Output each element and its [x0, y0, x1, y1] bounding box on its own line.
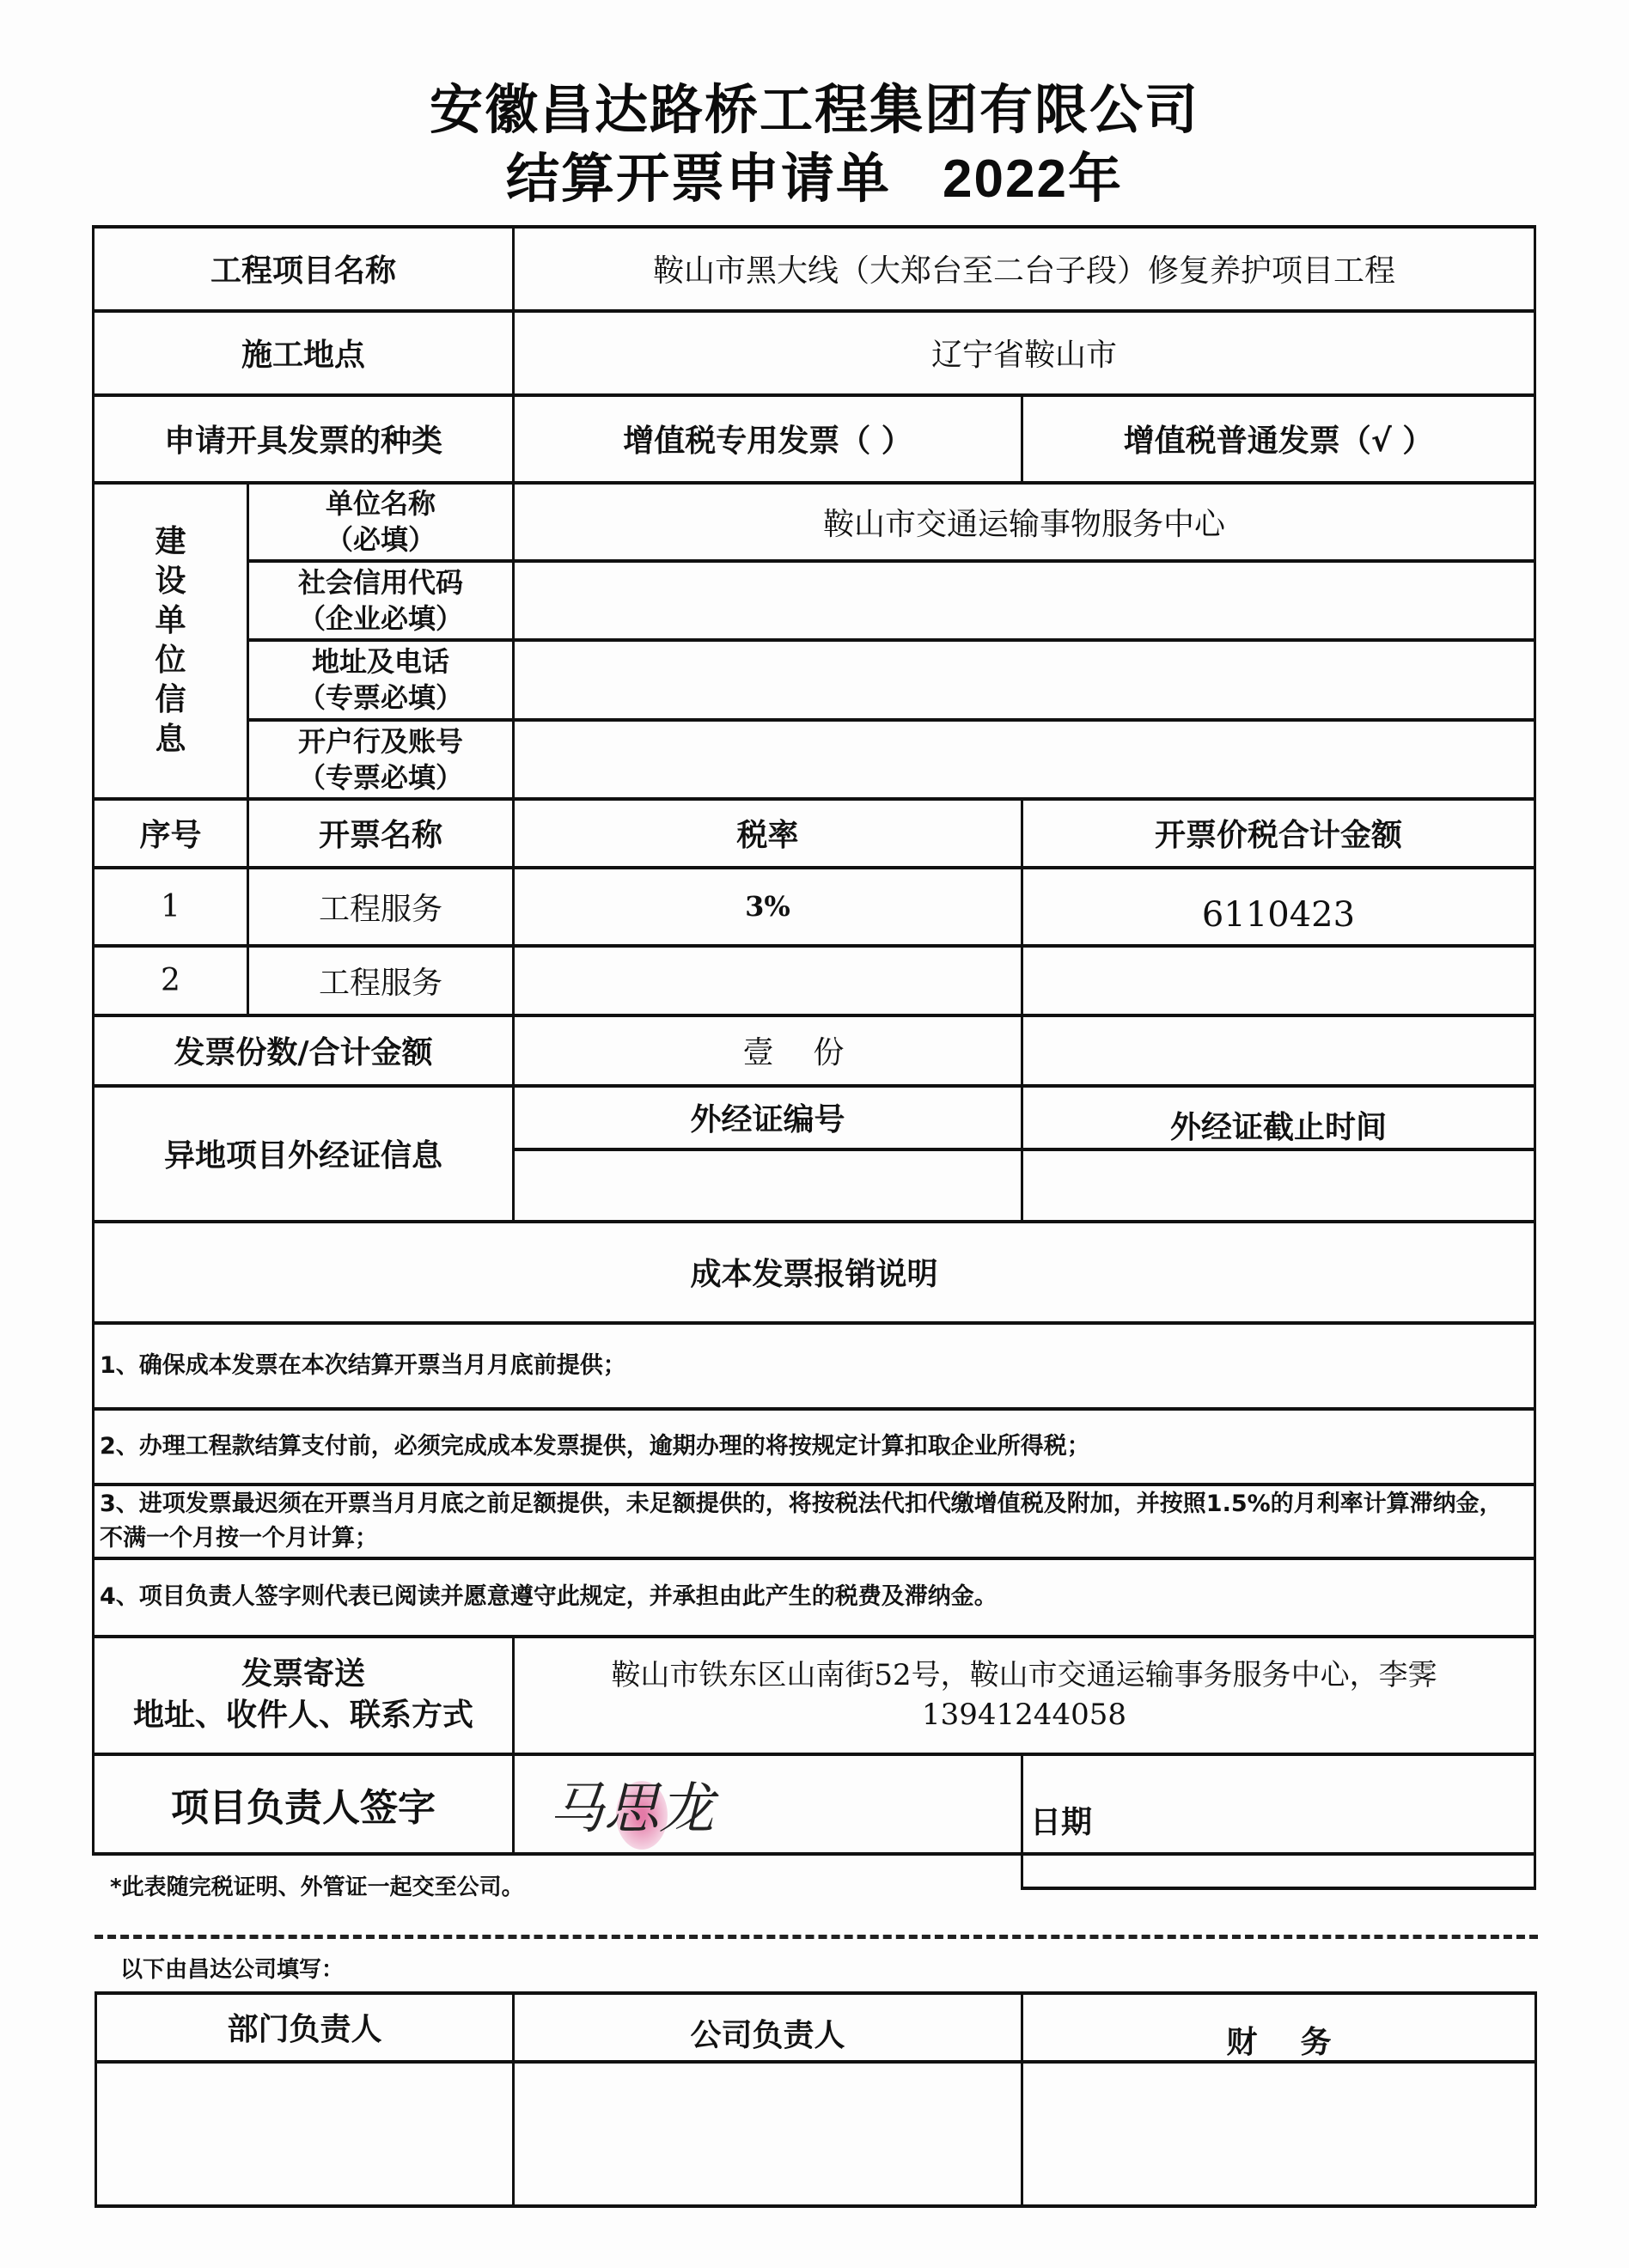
item-row-2-no: 2 [95, 947, 247, 1014]
company-fill-intro: 以下由昌达公司填写： [120, 1952, 344, 1984]
invoice-type-special-option[interactable]: 增值税专用发票（ ） [515, 396, 1021, 481]
group-char: 信 [155, 680, 186, 720]
unit-name-label: 单位名称 （必填） [249, 484, 512, 559]
delivery-label-line1: 发票寄送 [241, 1654, 365, 1695]
project-name-label: 工程项目名称 [95, 228, 512, 309]
group-char: 单 [155, 601, 186, 641]
col-header-invoice-name: 开票名称 [249, 800, 512, 866]
field-label: 单位名称 [326, 485, 436, 521]
date-label: 日期 [1027, 1755, 1534, 1884]
item-row-2-rate[interactable] [515, 947, 1021, 1014]
address-phone-value[interactable] [515, 641, 1534, 718]
project-leader-signature-label: 项目负责人签字 [95, 1755, 512, 1852]
field-label: 开户行及账号 [298, 723, 463, 759]
item-row-1-rate[interactable]: 3% [515, 869, 1021, 944]
company-title: 安徽昌达路桥工程集团有限公司 [0, 67, 1629, 143]
cost-note-4: 4、项目负责人签字则代表已阅读并愿意遵守此规定，并承担由此产生的税费及滞纳金。 [95, 1559, 1534, 1635]
totals-label: 发票份数/合计金额 [95, 1016, 512, 1084]
item-row-2-name[interactable]: 工程服务 [249, 947, 512, 1014]
footnote: *此表随完税证明、外管证一起交至公司。 [110, 1869, 524, 1901]
handwritten-signature: 马思龙 [549, 1765, 714, 1844]
col-header-amount: 开票价税合计金额 [1023, 800, 1534, 866]
delivery-phone: 13941244058 [922, 1695, 1126, 1735]
external-cert-deadline-value[interactable] [1023, 1150, 1534, 1220]
finance-signature-field[interactable] [1023, 2063, 1534, 2204]
group-char: 息 [155, 720, 186, 759]
cut-line-divider [95, 1935, 1538, 1939]
table-border-right [1534, 225, 1536, 1888]
total-amount-value[interactable] [1023, 1016, 1534, 1084]
external-cert-label: 异地项目外经证信息 [95, 1087, 512, 1220]
address-phone-label: 地址及电话 （专票必填） [249, 641, 512, 718]
delivery-label-line2: 地址、收件人、联系方式 [133, 1695, 473, 1736]
dept-head-signature-field[interactable] [97, 2063, 512, 2204]
field-hint: （专票必填） [298, 680, 463, 716]
delivery-address: 鞍山市铁东区山南街52号，鞍山市交通运输事务服务中心，李霁 [611, 1655, 1437, 1695]
form-year: 2022年 [943, 149, 1123, 209]
builder-info-group-label: 建 设 单 位 信 息 [95, 484, 247, 797]
signature-field[interactable]: 马思龙 [515, 1755, 1021, 1852]
field-hint: （专票必填） [298, 759, 463, 796]
credit-code-label: 社会信用代码 （企业必填） [249, 562, 512, 638]
credit-code-value[interactable] [515, 562, 1534, 638]
cost-note-2: 2、办理工程款结算支付前，必须完成成本发票提供，逾期办理的将按规定计算扣取企业所… [95, 1410, 1534, 1483]
group-char: 位 [155, 641, 186, 680]
row-line [1021, 1887, 1536, 1890]
cost-notes-title: 成本发票报销说明 [95, 1222, 1534, 1321]
delivery-value[interactable]: 鞍山市铁东区山南街52号，鞍山市交通运输事务服务中心，李霁 1394124405… [515, 1637, 1534, 1753]
row-line [95, 2204, 1536, 2208]
field-hint: （必填） [326, 521, 436, 558]
external-cert-number-label: 外经证编号 [515, 1087, 1021, 1148]
invoice-copies-value[interactable]: 壹 份 [515, 1016, 1021, 1084]
delivery-label: 发票寄送 地址、收件人、联系方式 [95, 1637, 512, 1753]
item-row-1-name[interactable]: 工程服务 [249, 869, 512, 944]
item-row-1-amount[interactable]: 6110423 [1023, 869, 1534, 944]
group-char: 建 [155, 522, 186, 562]
project-name-value[interactable]: 鞍山市黑大线（大郑台至二台子段）修复养护项目工程 [515, 228, 1534, 309]
group-char: 设 [155, 562, 186, 601]
cost-note-3: 3、进项发票最迟须在开票当月月底之前足额提供，未足额提供的，将按税法代扣代缴增值… [95, 1485, 1534, 1557]
external-cert-deadline-label: 外经证截止时间 [1023, 1087, 1534, 1148]
col-header-tax-rate: 税率 [515, 800, 1021, 866]
form-title-text: 结算开票申请单 [506, 147, 891, 210]
site-value[interactable]: 辽宁省鞍山市 [515, 312, 1534, 393]
company-head-signature-field[interactable] [515, 2063, 1021, 2204]
site-label: 施工地点 [95, 312, 512, 393]
invoice-type-label: 申请开具发票的种类 [95, 396, 512, 481]
col-line [1534, 1991, 1537, 2206]
external-cert-number-value[interactable] [515, 1150, 1021, 1220]
bank-account-label: 开户行及账号 （专票必填） [249, 721, 512, 797]
item-row-1-no: 1 [95, 869, 247, 944]
field-hint: （企业必填） [298, 601, 463, 637]
unit-name-value[interactable]: 鞍山市交通运输事物服务中心 [515, 484, 1534, 559]
invoice-type-normal-option[interactable]: 增值税普通发票（√ ） [1023, 396, 1534, 481]
form-title: 结算开票申请单2022年 [0, 136, 1629, 212]
company-head-label: 公司负责人 [515, 1994, 1021, 2060]
finance-label: 财 务 [1023, 1994, 1534, 2060]
col-line [1021, 1753, 1023, 1887]
item-row-2-amount[interactable] [1023, 947, 1534, 1014]
field-label: 社会信用代码 [298, 564, 463, 601]
cost-note-1: 1、确保成本发票在本次结算开票当月月底前提供； [95, 1324, 1534, 1407]
dept-head-label: 部门负责人 [97, 1994, 512, 2060]
bank-account-value[interactable] [515, 721, 1534, 797]
field-label: 地址及电话 [312, 643, 449, 680]
col-header-seq: 序号 [95, 800, 247, 866]
